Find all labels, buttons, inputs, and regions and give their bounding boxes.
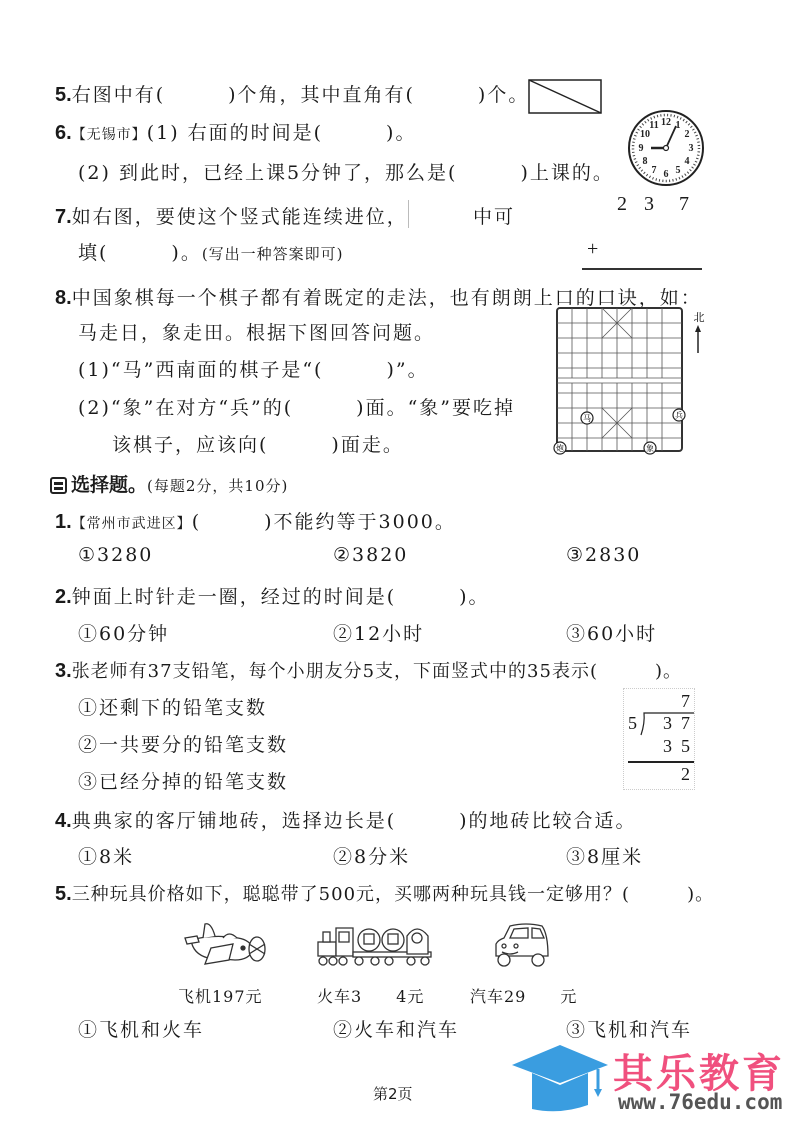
option-2[interactable]: ②3820 — [333, 544, 408, 566]
question-number: 3. — [55, 660, 72, 682]
question-number: 7. — [55, 206, 72, 228]
watermark-url: www.76edu.com — [618, 1090, 782, 1114]
subtraction-line — [628, 761, 694, 763]
choice-question-3: 3.张老师有37支铅笔，每个小朋友分5支，下面竖式中的35表示( )。 — [55, 657, 682, 683]
svg-text:1: 1 — [676, 120, 681, 131]
page-number: 第2页 — [373, 1083, 413, 1104]
north-arrow-icon — [695, 325, 701, 332]
svg-text:马: 马 — [583, 413, 591, 423]
option-3[interactable]: ③60小时 — [566, 619, 657, 646]
option-2[interactable]: ②12小时 — [333, 619, 424, 646]
section-note: (每题2分，共10分) — [147, 477, 288, 495]
question-number: 1. — [55, 511, 72, 533]
north-label: 北 — [694, 311, 705, 324]
toy-price-car: 汽车29 元 — [470, 984, 577, 1007]
choice-question-5: 5.三种玩具价格如下，聪聪带了500元，买哪两种玩具钱一定够用？( )。 — [55, 880, 714, 906]
train-icon — [315, 918, 435, 968]
question-5: 5.右图中有( )个角，其中直角有( )个。 — [55, 80, 529, 107]
long-division-diagram: 7 5 3 7 3 5 2 — [623, 688, 695, 790]
question-text: 钟面上时针走一圈，经过的时间是( )。 — [72, 586, 490, 608]
dividend: 3 7 — [663, 713, 690, 734]
svg-text:3: 3 — [689, 143, 694, 154]
airplane-icon — [183, 920, 268, 968]
svg-text:9: 9 — [639, 143, 644, 154]
svg-text:7: 7 — [652, 165, 657, 176]
question-7: 7.如右图，要使这个竖式能连续进位， — [55, 202, 408, 229]
option-1[interactable]: ①飞机和火车 — [78, 1015, 204, 1042]
question-number: 6. — [55, 122, 72, 144]
svg-text:12: 12 — [661, 117, 671, 128]
section-two-icon — [50, 477, 67, 494]
choice-question-4: 4.典典家的客厅铺地砖，选择边长是( )的地砖比较合适。 — [55, 806, 637, 833]
question-text-2: 马走日，象走田。根据下图回答问题。 — [78, 318, 435, 345]
question-text: (1) 右面的时间是( )。 — [147, 122, 417, 144]
sub-question-2-cont: 该棋子，应该向( )面走。 — [112, 430, 404, 457]
question-text: 右图中有( )个角，其中直角有( )个。 — [72, 84, 530, 106]
option-1[interactable]: ①60分钟 — [78, 619, 169, 646]
svg-text:6: 6 — [664, 169, 669, 180]
note: (写出一种答案即可) — [202, 245, 344, 263]
clock-icon: 12123 4567 891011 — [626, 108, 706, 188]
digit: 2 — [617, 193, 627, 215]
car-icon — [490, 922, 552, 970]
question-number: 5. — [55, 883, 72, 905]
choice-question-2: 2.钟面上时针走一圈，经过的时间是( )。 — [55, 582, 490, 609]
question-text: 三种玩具价格如下，聪聪带了500元，买哪两种玩具钱一定够用？( )。 — [72, 884, 714, 905]
option-2[interactable]: ②8分米 — [333, 842, 410, 869]
toy-price-airplane: 飞机197元 — [178, 984, 263, 1007]
remainder: 2 — [681, 764, 690, 785]
question-6-part2: (2) 到此时，已经上课5分钟了，那么是( )上课的。 — [78, 158, 614, 185]
answer-blank-text: 填( )。 — [78, 242, 202, 264]
option-3[interactable]: ③8厘米 — [566, 842, 643, 869]
option-2[interactable]: ②火车和汽车 — [333, 1015, 459, 1042]
sub-question-1: (1)“马”西南面的棋子是“( )”。 — [78, 355, 429, 382]
question-text-cont: 中可 — [473, 202, 515, 229]
quotient: 7 — [681, 691, 690, 712]
question-number: 8. — [55, 287, 72, 309]
question-text: ( )不能约等于3000。 — [192, 511, 456, 533]
svg-text:炮: 炮 — [556, 443, 564, 453]
digit: 3 — [644, 193, 654, 215]
section-header: 选择题。(每题2分，共10分) — [50, 470, 288, 497]
plus-sign: + — [587, 238, 598, 261]
svg-text:兵: 兵 — [675, 410, 683, 420]
sub-question-2: (2)“象”在对方“兵”的( )面。“象”要吃掉 — [78, 393, 515, 420]
option-3[interactable]: ③2830 — [566, 544, 641, 566]
source-tag: 【无锡市】 — [72, 127, 147, 143]
svg-text:4: 4 — [685, 156, 690, 167]
svg-text:11: 11 — [649, 120, 658, 131]
option-3[interactable]: ③已经分掉的铅笔支数 — [78, 767, 288, 794]
digit: 7 — [679, 193, 689, 215]
option-1[interactable]: ①8米 — [78, 842, 134, 869]
question-number: 2. — [55, 586, 72, 608]
svg-text:5: 5 — [676, 165, 681, 176]
question-6: 6.【无锡市】(1) 右面的时间是( )。 — [55, 118, 416, 145]
choice-question-1: 1.【常州市武进区】( )不能约等于3000。 — [55, 507, 456, 534]
sum-line — [582, 268, 702, 270]
question-text: 典典家的客厅铺地砖，选择边长是( )的地砖比较合适。 — [72, 810, 637, 832]
option-3[interactable]: ③飞机和汽车 — [566, 1015, 692, 1042]
source-tag: 【常州市武进区】 — [72, 516, 192, 532]
graduation-cap-icon — [510, 1043, 610, 1113]
option-1[interactable]: ①3280 — [78, 544, 153, 566]
svg-text:2: 2 — [685, 129, 690, 140]
question-7-line2: 填( )。(写出一种答案即可) — [78, 238, 344, 265]
cursor-mark — [408, 200, 409, 228]
question-text: 如右图，要使这个竖式能连续进位， — [72, 206, 408, 228]
rectangle-diagram — [528, 79, 603, 115]
option-1[interactable]: ①还剩下的铅笔支数 — [78, 693, 267, 720]
question-text: 张老师有37支铅笔，每个小朋友分5支，下面竖式中的35表示( )。 — [72, 661, 682, 682]
product: 3 5 — [663, 736, 690, 757]
question-number: 4. — [55, 810, 72, 832]
chess-board-diagram: 马 兵 炮 象 北 — [552, 305, 717, 457]
svg-text:8: 8 — [643, 156, 648, 167]
option-2[interactable]: ②一共要分的铅笔支数 — [78, 730, 288, 757]
vertical-addition: 2 3 7 — [617, 193, 689, 216]
divisor: 5 — [628, 713, 637, 734]
svg-text:象: 象 — [646, 443, 654, 453]
toy-price-train: 火车3 4元 — [317, 984, 424, 1007]
question-number: 5. — [55, 84, 72, 106]
section-title: 选择题。 — [71, 474, 147, 496]
